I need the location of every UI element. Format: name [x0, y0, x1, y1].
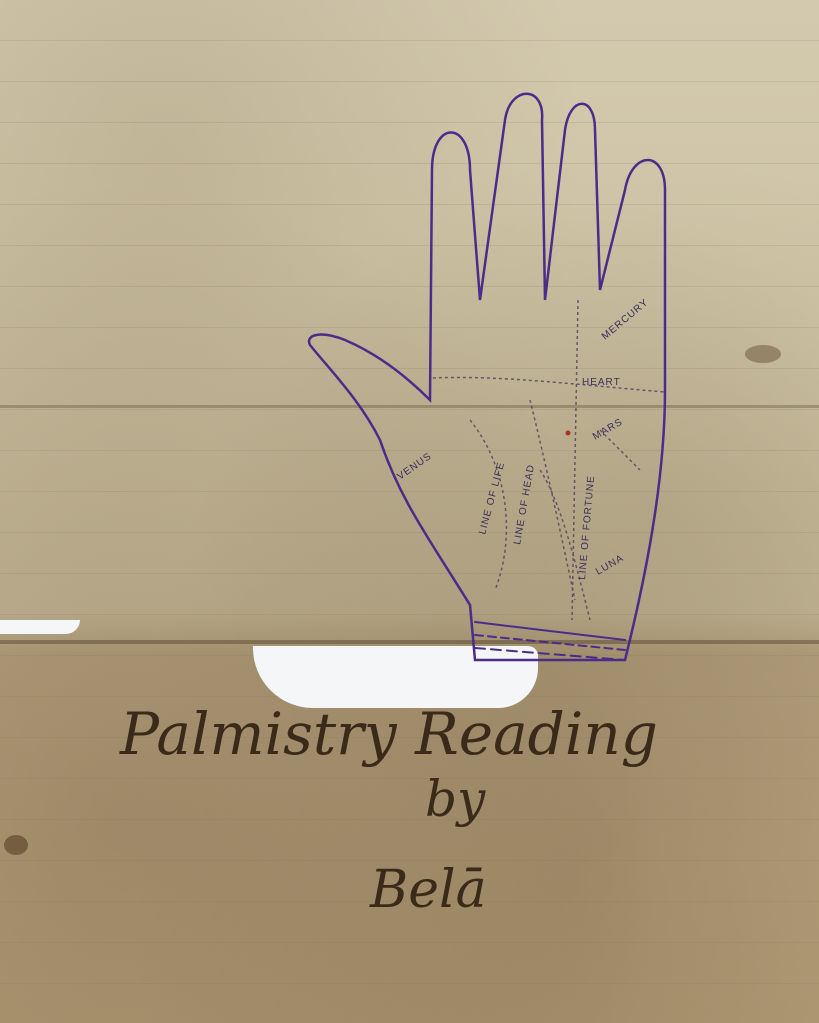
label-mercury: MERCURY	[600, 297, 651, 342]
red-mark	[566, 431, 571, 436]
label-venus: VENUS	[395, 451, 434, 483]
inscription-by: by	[425, 770, 485, 828]
label-mars: MARS	[591, 417, 625, 443]
label-line-of-head: LINE OF HEAD	[512, 463, 537, 545]
inscription-signature: Belā	[370, 860, 487, 920]
inscription-title: Palmistry Reading	[120, 700, 658, 768]
document-photo: MERCURY HEART MARS VENUS LINE OF LIFE LI…	[0, 0, 819, 1023]
label-heart: HEART	[582, 377, 621, 388]
label-luna: LUNA	[594, 553, 626, 578]
label-line-of-life: LINE OF LIFE	[477, 461, 507, 536]
label-line-of-fortune: LINE OF FORTUNE	[577, 475, 597, 580]
